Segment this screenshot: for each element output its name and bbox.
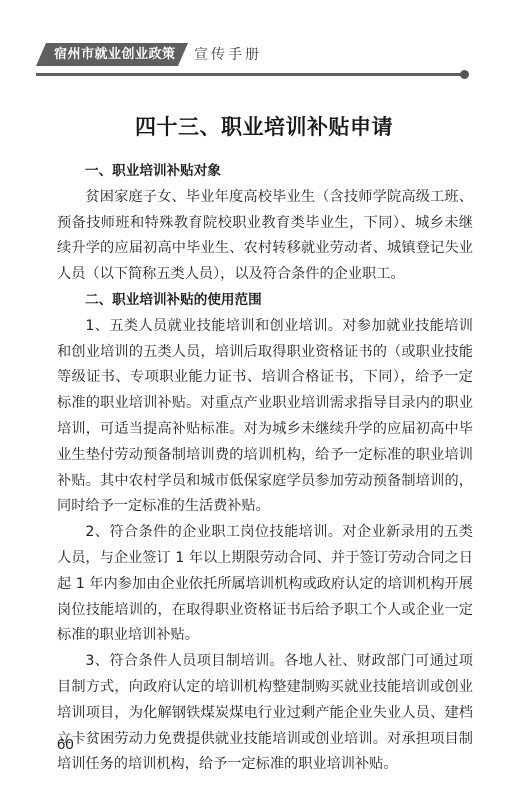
header-divider	[36, 73, 464, 76]
paragraph-scope-3: 3、符合条件人员项目制培训。各地人社、财政部门可通过项目制方式，向政府认定的培训…	[57, 649, 473, 778]
header-subtitle: 宣传手册	[194, 46, 262, 64]
page-title: 四十三、职业培训补贴申请	[0, 113, 528, 141]
running-header: 宿州市就业创业政策 宣传手册	[36, 43, 470, 79]
section-heading-eligibility: 一、职业培训补贴对象	[57, 159, 473, 185]
body-content: 一、职业培训补贴对象 贫困家庭子女、毕业年度高校毕业生（含技师学院高级工班、预备…	[57, 159, 473, 778]
paragraph-scope-2: 2、符合条件的企业职工岗位技能培训。对企业新录用的五类人员，与企业签订 1 年以…	[57, 520, 473, 649]
page-number: 60	[57, 736, 74, 754]
paragraph-scope-1: 1、五类人员就业技能培训和创业培训。对参加就业技能培训和创业培训的五类人员，培训…	[57, 314, 473, 520]
header-tag-label: 宿州市就业创业政策	[54, 46, 176, 63]
paragraph-eligibility: 贫困家庭子女、毕业年度高校毕业生（含技师学院高级工班、预备技师班和特殊教育院校职…	[57, 185, 473, 288]
section-heading-scope: 二、职业培训补贴的使用范围	[57, 288, 473, 314]
header-dot-ornament	[460, 70, 469, 79]
document-page: 宿州市就业创业政策 宣传手册 四十三、职业培训补贴申请 一、职业培训补贴对象 贫…	[0, 0, 528, 793]
